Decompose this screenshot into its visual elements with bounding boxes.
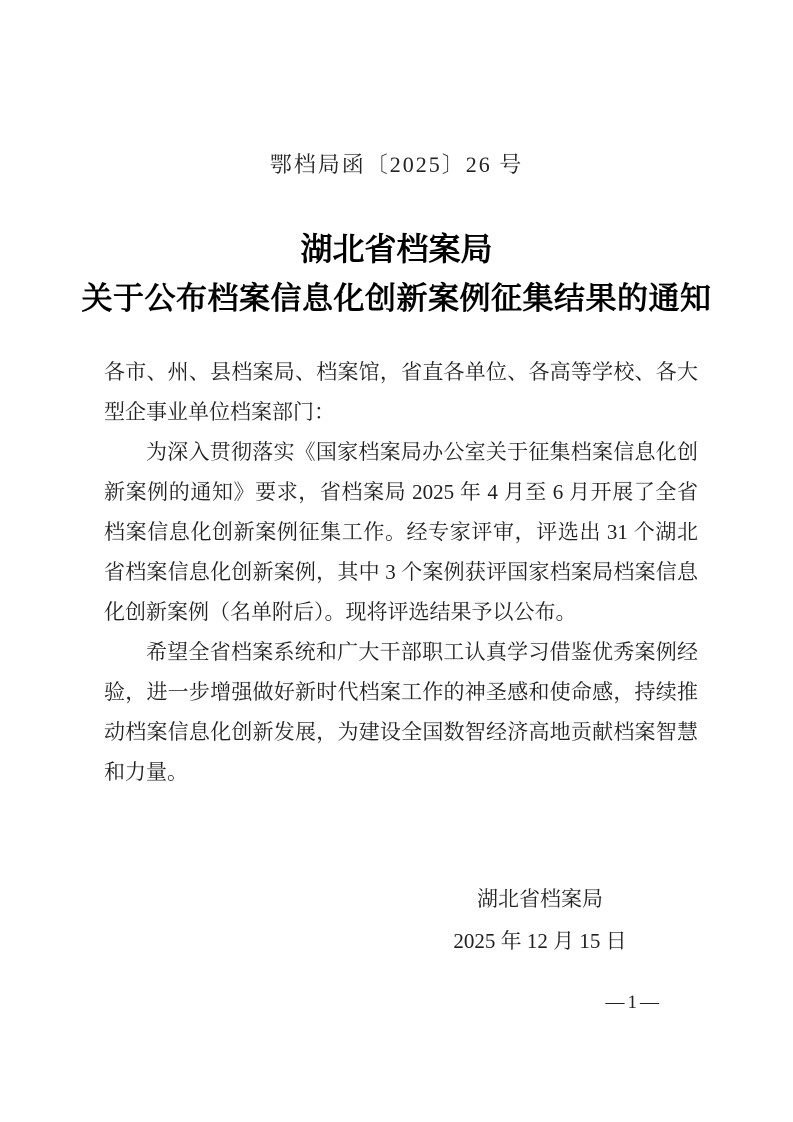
signature-date: 2025 年 12 月 15 日: [282, 920, 793, 962]
signature-organization: 湖北省档案局: [282, 878, 793, 920]
page-number: —1—: [606, 992, 663, 1014]
document-body: 各市、州、县档案局、档案馆，省直各单位、各高等学校、各大型企事业单位档案部门： …: [104, 352, 698, 792]
body-paragraph-1: 为深入贯彻落实《国家档案局办公室关于征集档案信息化创新案例的通知》要求，省档案局…: [104, 432, 698, 632]
title-line-1: 湖北省档案局: [0, 224, 793, 274]
title-line-2: 关于公布档案信息化创新案例征集结果的通知: [0, 274, 793, 324]
body-paragraph-2: 希望全省档案系统和广大干部职工认真学习借鉴优秀案例经验，进一步增强做好新时代档案…: [104, 632, 698, 792]
salutation: 各市、州、县档案局、档案馆，省直各单位、各高等学校、各大型企事业单位档案部门：: [104, 352, 698, 432]
document-page: 鄂档局函〔2025〕26 号 湖北省档案局 关于公布档案信息化创新案例征集结果的…: [0, 0, 793, 1122]
document-title: 湖北省档案局 关于公布档案信息化创新案例征集结果的通知: [0, 224, 793, 324]
signature-block: 湖北省档案局 2025 年 12 月 15 日: [282, 878, 793, 962]
document-number: 鄂档局函〔2025〕26 号: [0, 148, 793, 179]
